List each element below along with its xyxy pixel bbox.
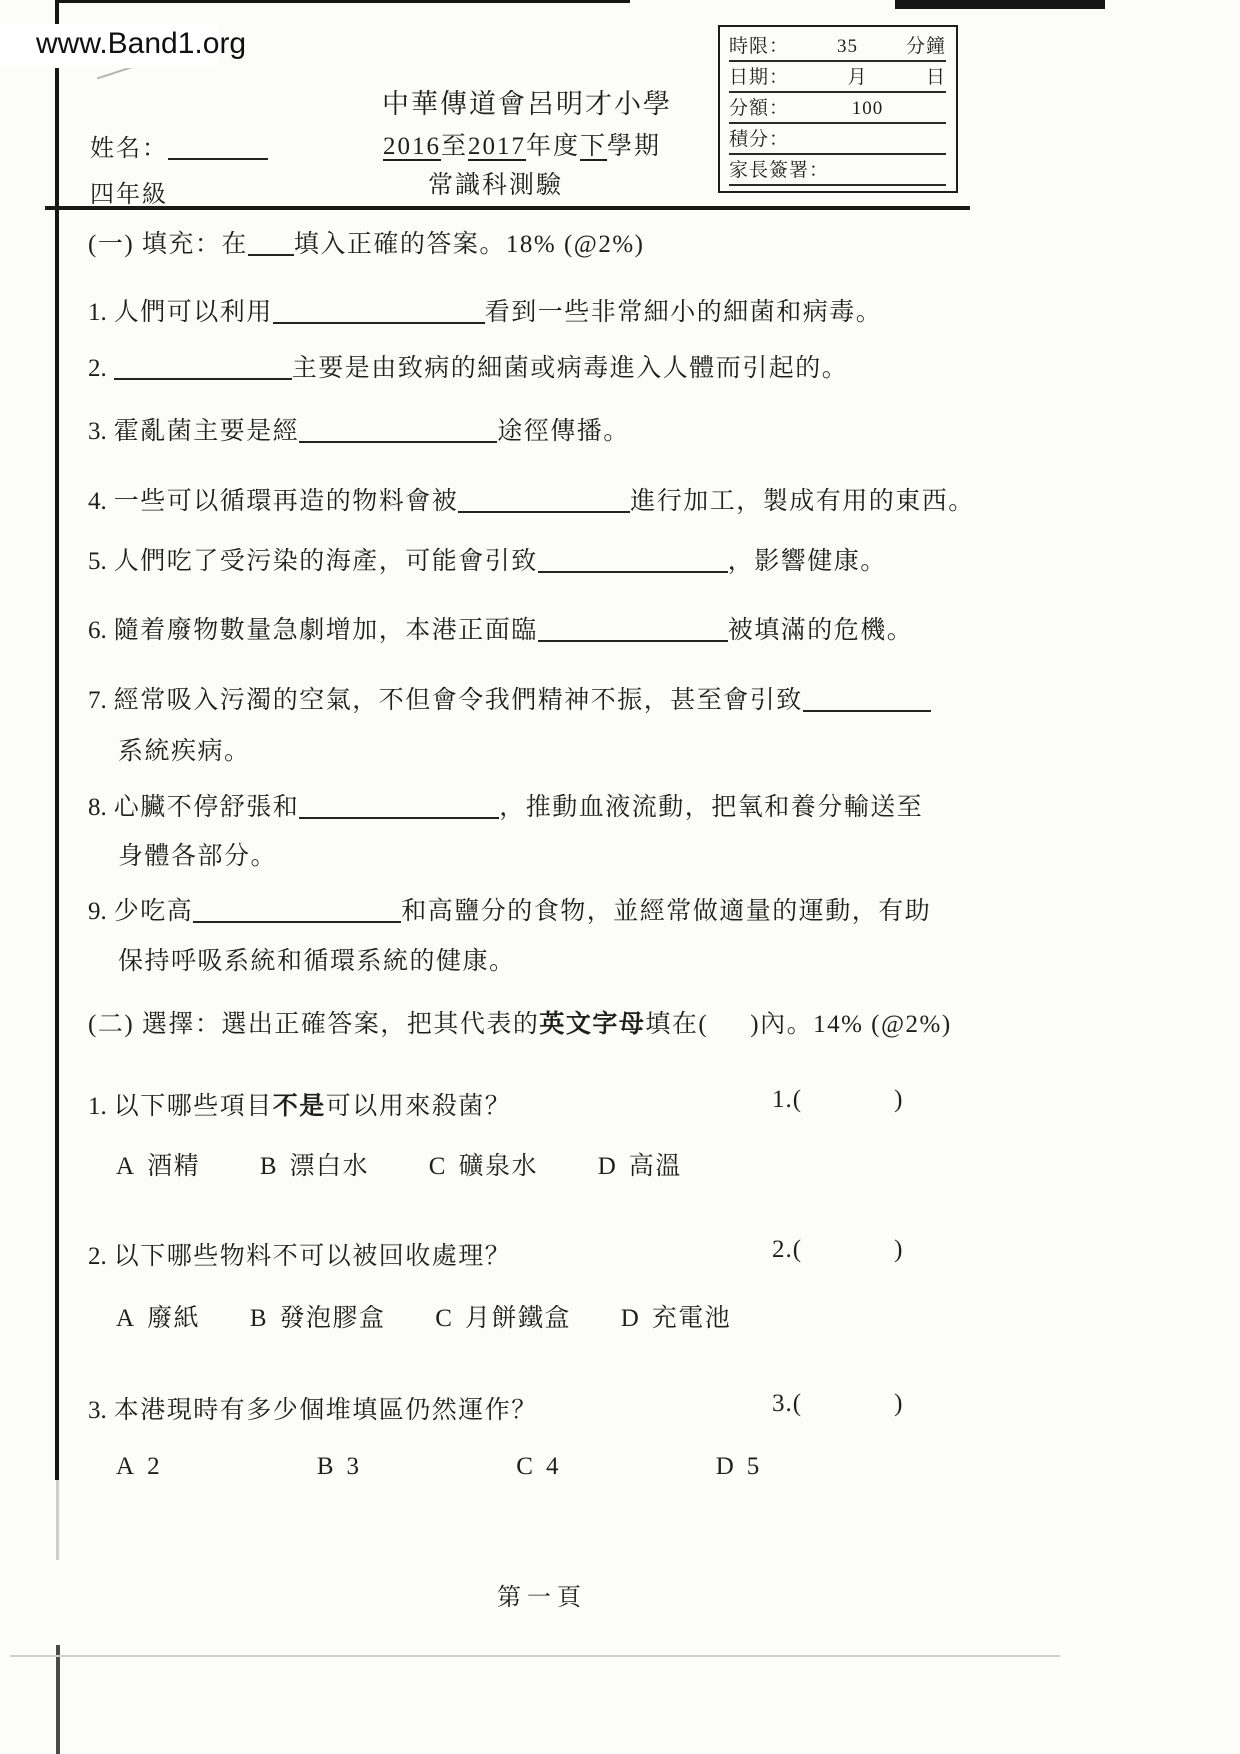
section2-title-post: )內。14% (@2%) [750, 1011, 951, 1038]
q6-text-post: 被填滿的危機。 [728, 617, 914, 644]
info-row-time-limit: 時限： 35 分鐘 [729, 31, 946, 62]
name-field-label: 姓名： [90, 136, 168, 162]
q8-blank[interactable] [299, 795, 499, 819]
mc2-text: 以下哪些物料不可以被回收處理？ [114, 1243, 512, 1270]
scan-border-top-right [895, 0, 1105, 9]
info-row-parent-signature: 家長簽署： [729, 155, 946, 186]
fill-question-4: 4.一些可以循環再造的物料會被進行加工，製成有用的東西。 [88, 481, 975, 517]
mc3-option-a[interactable]: A2 [116, 1453, 161, 1481]
q1-blank[interactable] [273, 300, 485, 324]
mc-question-1: 1.以下哪些項目不是可以用來殺菌？ [88, 1086, 511, 1122]
info-row-total-marks: 分額： 100 [729, 93, 946, 124]
q4-text-post: 進行加工，製成有用的東西。 [630, 488, 975, 515]
mc3-answer-close: ) [894, 1390, 903, 1417]
q3-number: 3. [88, 418, 107, 446]
name-blank[interactable] [168, 136, 268, 160]
mc2-option-d[interactable]: D充電池 [621, 1298, 732, 1334]
time-limit-unit: 分鐘 [906, 31, 946, 58]
mc2-option-a-letter: A [116, 1305, 134, 1333]
year-mid: 年度 [526, 133, 580, 160]
mc1-option-d-letter: D [598, 1153, 616, 1181]
mc3-option-c-letter: C [516, 1453, 533, 1481]
mc2-option-a-text: 廢紙 [147, 1305, 200, 1332]
fill-question-8-line2: 身體各部分。 [118, 836, 277, 872]
section1-title-pre: (一) 填充：在 [88, 231, 248, 258]
fill-question-7-line2: 系統疾病。 [118, 731, 251, 767]
scan-line-bottom [10, 1655, 1060, 1657]
year-start: 2016 [383, 133, 441, 160]
q9-text-post: 和高鹽分的食物，並經常做適量的運動，有助 [401, 898, 931, 925]
section2-title: (二) 選擇：選出正確答案，把其代表的英文字母填在()內。14% (@2%) [88, 1004, 952, 1040]
test-paper-page: www.Band1.org 姓名： 四年級 中華傳道會呂明才小學 2016至20… [0, 0, 1240, 1754]
mc1-option-a-text: 酒精 [147, 1153, 200, 1180]
mc2-answer-open: 2.( [772, 1236, 802, 1263]
grade-label: 四年級 [90, 174, 168, 209]
q7-blank[interactable] [803, 688, 931, 712]
term: 下 [580, 133, 607, 160]
mc2-option-c-text: 月餅鐵盒 [465, 1305, 571, 1332]
q5-number: 5. [88, 548, 107, 576]
mc1-text-pre: 以下哪些項目 [114, 1093, 273, 1120]
q2-text-post: 主要是由致病的細菌或病毒進入人體而引起的。 [292, 355, 849, 382]
mc-question-2: 2.以下哪些物料不可以被回收處理？ [88, 1236, 511, 1272]
mc1-option-a-letter: A [116, 1153, 134, 1181]
section2-title-bold: 英文字母 [539, 1011, 645, 1038]
q4-text-pre: 一些可以循環再造的物料會被 [114, 488, 459, 515]
school-name: 中華傳道會呂明才小學 [382, 82, 672, 121]
total-marks-value: 100 [789, 98, 946, 120]
date-day-label[interactable]: 日 [926, 62, 946, 89]
mc2-number: 2. [88, 1243, 107, 1271]
q3-text-pre: 霍亂菌主要是經 [114, 418, 300, 445]
q6-number: 6. [88, 617, 107, 645]
mc3-option-b[interactable]: B3 [317, 1453, 361, 1481]
fill-question-1: 1.人們可以利用看到一些非常細小的細菌和病毒。 [88, 292, 882, 328]
mc1-option-c-letter: C [429, 1153, 446, 1181]
mc1-text-bold: 不是 [273, 1093, 326, 1120]
mc2-answer-slot[interactable]: 2.() [772, 1236, 903, 1264]
q1-text-pre: 人們可以利用 [114, 299, 273, 326]
mc3-option-a-letter: A [116, 1453, 134, 1481]
q8-number: 8. [88, 794, 107, 822]
info-row-score: 積分： [729, 124, 946, 155]
mc3-answer-open: 3.( [772, 1390, 802, 1417]
score-label: 積分： [729, 124, 789, 151]
mc3-options: A2 B3 C4 D5 [116, 1453, 909, 1481]
mc1-option-c[interactable]: C礦泉水 [429, 1146, 538, 1182]
year-end: 2017 [468, 133, 526, 160]
q5-blank[interactable] [538, 549, 728, 573]
mc3-option-d-letter: D [716, 1453, 734, 1481]
mc1-option-c-text: 礦泉水 [458, 1153, 538, 1180]
mc2-option-b-text: 發泡膠盒 [280, 1305, 386, 1332]
mc2-option-d-letter: D [621, 1305, 639, 1333]
q1-number: 1. [88, 299, 107, 327]
mc1-answer-open: 1.( [772, 1086, 802, 1113]
section2-title-pre: (二) 選擇：選出正確答案，把其代表的 [88, 1011, 539, 1038]
total-marks-label: 分額： [729, 93, 789, 120]
mc3-option-c[interactable]: C4 [516, 1453, 560, 1481]
q6-text-pre: 隨着廢物數量急劇增加，本港正面臨 [114, 617, 538, 644]
info-row-date: 日期： 月 日 [729, 62, 946, 93]
scan-border-left-faded [56, 1480, 59, 1560]
header-divider [45, 206, 970, 210]
q1-text-post: 看到一些非常細小的細菌和病毒。 [485, 299, 883, 326]
year-conj: 至 [441, 133, 468, 160]
q2-number: 2. [88, 355, 107, 383]
page-number: 第一頁 [497, 1577, 587, 1612]
mc1-number: 1. [88, 1093, 107, 1121]
time-limit-value: 35 [789, 36, 906, 58]
q3-blank[interactable] [299, 419, 497, 443]
parent-signature-label: 家長簽署： [729, 155, 829, 182]
q9-number: 9. [88, 898, 107, 926]
section1-title: (一) 填充：在填入正確的答案。18% (@2%) [88, 224, 644, 260]
mc1-option-d-text: 高溫 [629, 1153, 682, 1180]
mc1-text-post: 可以用來殺菌？ [326, 1093, 512, 1120]
section2-title-mid: 填在( [645, 1011, 708, 1038]
mc2-option-d-text: 充電池 [652, 1305, 732, 1332]
mc1-option-d[interactable]: D高溫 [598, 1146, 682, 1182]
q6-blank[interactable] [538, 618, 728, 642]
section1-title-post: 填入正確的答案。18% (@2%) [294, 231, 645, 258]
mc2-answer-close: ) [894, 1236, 903, 1263]
mc2-option-b[interactable]: B發泡膠盒 [250, 1298, 386, 1334]
q4-number: 4. [88, 488, 107, 516]
exam-title: 常識科測驗 [428, 165, 563, 201]
mc2-option-c-letter: C [435, 1305, 452, 1333]
mc3-option-a-text: 2 [147, 1453, 161, 1480]
q5-text-post: ，影響健康。 [728, 548, 887, 575]
scan-border-top-left [55, 0, 630, 3]
mc3-text: 本港現時有多少個堆填區仍然運作？ [114, 1397, 538, 1424]
info-box: 時限： 35 分鐘 日期： 月 日 分額： 100 積分： 家長簽署： [718, 25, 958, 193]
fill-question-8: 8.心臟不停舒張和，推動血液流動，把氧和養分輸送至 [88, 787, 923, 823]
scan-border-left-bottom [56, 1645, 60, 1754]
mc1-option-b[interactable]: B漂白水 [260, 1146, 369, 1182]
term-post: 學期 [607, 133, 661, 160]
mc3-option-b-letter: B [317, 1453, 334, 1481]
scan-border-left [55, 66, 59, 1480]
mc3-option-b-text: 3 [347, 1453, 361, 1480]
mc3-answer-slot[interactable]: 3.() [772, 1390, 903, 1418]
q5-text-pre: 人們吃了受污染的海產，可能會引致 [114, 548, 538, 575]
date-label: 日期： [729, 62, 789, 89]
time-limit-label: 時限： [729, 31, 789, 58]
mc-question-3: 3.本港現時有多少個堆填區仍然運作？ [88, 1390, 538, 1426]
mc3-number: 3. [88, 1397, 107, 1425]
fill-question-6: 6.隨着廢物數量急劇增加，本港正面臨被填滿的危機。 [88, 610, 913, 646]
q2-blank[interactable] [114, 356, 292, 380]
mc3-option-d[interactable]: D5 [716, 1453, 761, 1481]
q8-text-pre: 心臟不停舒張和 [114, 794, 300, 821]
name-field: 姓名： [90, 128, 268, 163]
fill-question-9: 9.少吃高和高鹽分的食物，並經常做適量的運動，有助 [88, 891, 931, 927]
mc3-option-c-text: 4 [546, 1453, 560, 1480]
q9-text-pre: 少吃高 [114, 898, 194, 925]
q7-text-pre: 經常吸入污濁的空氣，不但會令我們精神不振，甚至會引致 [114, 687, 803, 714]
q3-text-post: 途徑傳播。 [497, 418, 630, 445]
fill-question-9-line2: 保持呼吸系統和循環系統的健康。 [118, 941, 516, 977]
mc3-option-d-text: 5 [747, 1453, 761, 1480]
fill-question-3: 3.霍亂菌主要是經途徑傳播。 [88, 411, 630, 447]
fill-question-7: 7.經常吸入污濁的空氣，不但會令我們精神不振，甚至會引致 [88, 680, 931, 716]
date-month-label[interactable]: 月 [789, 62, 926, 89]
q4-blank[interactable] [458, 489, 630, 513]
fill-question-5: 5.人們吃了受污染的海產，可能會引致，影響健康。 [88, 541, 887, 577]
fill-question-2: 2.主要是由致病的細菌或病毒進入人體而引起的。 [88, 348, 848, 384]
mc1-options: A酒精 B漂白水 C礦泉水 D高溫 [116, 1146, 734, 1182]
q7-number: 7. [88, 687, 107, 715]
mc2-option-b-letter: B [250, 1305, 267, 1333]
mc1-answer-slot[interactable]: 1.() [772, 1086, 903, 1114]
mc1-answer-close: ) [894, 1086, 903, 1113]
mc1-option-b-text: 漂白水 [290, 1153, 370, 1180]
q8-text-post: ，推動血液流動，把氧和養分輸送至 [499, 794, 923, 821]
q9-blank[interactable] [193, 899, 401, 923]
mc2-options: A廢紙 B發泡膠盒 C月餅鐵盒 D充電池 [116, 1298, 783, 1334]
section1-title-blank [248, 232, 294, 256]
mc1-option-a[interactable]: A酒精 [116, 1146, 200, 1182]
mc2-option-c[interactable]: C月餅鐵盒 [435, 1298, 571, 1334]
exam-year: 2016至2017年度下學期 [383, 126, 661, 162]
mc2-option-a[interactable]: A廢紙 [116, 1298, 200, 1334]
watermark: www.Band1.org [36, 27, 246, 61]
mc1-option-b-letter: B [260, 1153, 277, 1181]
